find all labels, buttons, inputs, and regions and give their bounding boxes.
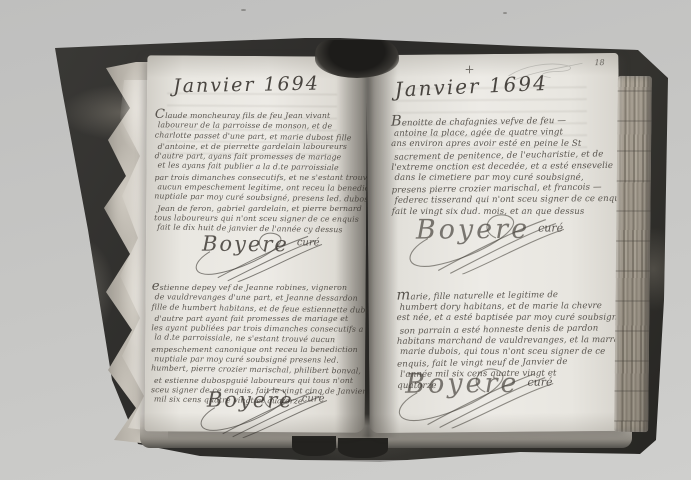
dust-speck: [503, 12, 507, 14]
signature-boyere: Boyerecuré: [207, 388, 325, 413]
fore-edge: [614, 76, 652, 432]
right-page: + 18 Janvier 1694 Benoitte de chafagnies…: [366, 53, 621, 433]
marriage-entry-moncheuray: Claude moncheuray fils de feu Jean vivan…: [154, 109, 363, 235]
signature-title: curé: [302, 393, 325, 404]
manuscript-line: federec tisserand qui n'ont sceu signer …: [395, 194, 618, 207]
archival-photo: Janvier 1694 Claude moncheuray fils de f…: [0, 0, 691, 480]
signature-title: curé: [538, 221, 563, 234]
manuscript-line: Claude moncheuray fils de feu Jean vivan…: [155, 110, 363, 121]
left-page-header: Janvier 1694: [173, 73, 320, 98]
signature-title: curé: [527, 375, 552, 388]
spine-tail: [292, 436, 336, 456]
right-page-header: Janvier 1694: [394, 71, 548, 102]
signature-name: Boyere: [416, 214, 530, 246]
signature-boyere: Boyerecuré: [202, 232, 320, 257]
signature-boyere: Boyerecuré: [405, 367, 552, 399]
spine-head-notch: [315, 40, 399, 78]
signature-boyere: Boyerecuré: [416, 213, 563, 245]
left-page: Janvier 1694 Claude moncheuray fils de f…: [145, 55, 368, 433]
manuscript-line: empeschement canonique ont receu la bene…: [151, 345, 361, 355]
manuscript-line: par trois dimanches consecutifs, et ne s…: [154, 173, 362, 183]
spine-tail: [338, 438, 388, 458]
signature-title: curé: [297, 237, 320, 248]
manuscript-line: d'autre part ayant fait promesses de mar…: [154, 314, 361, 324]
dust-speck: [241, 9, 246, 11]
signature-name: Boyere: [202, 232, 289, 257]
page-number: 18: [594, 58, 604, 67]
manuscript-line: estienne depey vef de Jeanne robines, vi…: [152, 282, 362, 293]
manuscript-line: d'antoine, et de pierrette gardelain lab…: [158, 142, 363, 152]
signature-name: Boyere: [405, 368, 519, 400]
signature-name: Boyere: [207, 388, 294, 413]
burial-entry-chafagnies: Benoitte de chafagnies vefve de feu —ant…: [391, 113, 618, 219]
manuscript-line: Jean de feron, gabriel gardelain, et pie…: [157, 204, 362, 214]
